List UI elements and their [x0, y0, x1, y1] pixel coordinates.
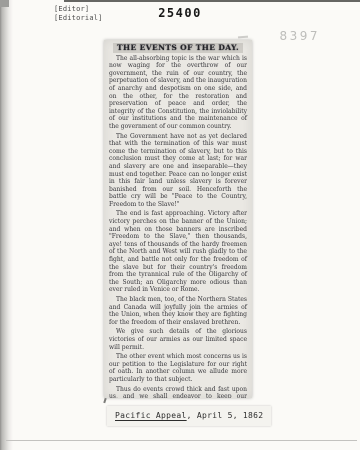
clipping-headline: THE EVENTS OF THE DAY.	[113, 43, 243, 53]
citation-label: Pacific Appeal, April 5, 1862	[107, 406, 271, 426]
citation-date: , April 5, 1862	[187, 411, 264, 420]
newspaper-clipping: THE EVENTS OF THE DAY. The all-absorbing…	[104, 40, 252, 398]
clipping-paragraph: The all-absorbing topic is the war which…	[109, 55, 247, 131]
clipping-paragraph: The black men, too, of the Northern Stat…	[109, 296, 247, 326]
item-number-stamp: 25400	[0, 6, 360, 20]
pen-tick-mark	[103, 398, 106, 403]
clipping-paragraph: The end is fast approaching. Victory aft…	[109, 210, 247, 294]
page-top-edge-line	[64, 0, 360, 2]
page-bottom-edge-line	[6, 440, 357, 441]
clipping-paragraph: The other event which most concerns us i…	[109, 353, 247, 383]
clipping-paragraph: Thus do events crowd thick and fast upon…	[109, 386, 247, 398]
stamp-dash-mark	[238, 36, 248, 39]
page-edge-shadow	[0, 0, 13, 450]
catalog-number-stamp: 8397	[279, 29, 320, 43]
clipping-paragraph: The Government have not as yet declared …	[109, 133, 247, 209]
citation-source: Pacific Appeal	[115, 411, 187, 420]
clipping-paragraph: We give such details of the glorious vic…	[109, 328, 247, 351]
